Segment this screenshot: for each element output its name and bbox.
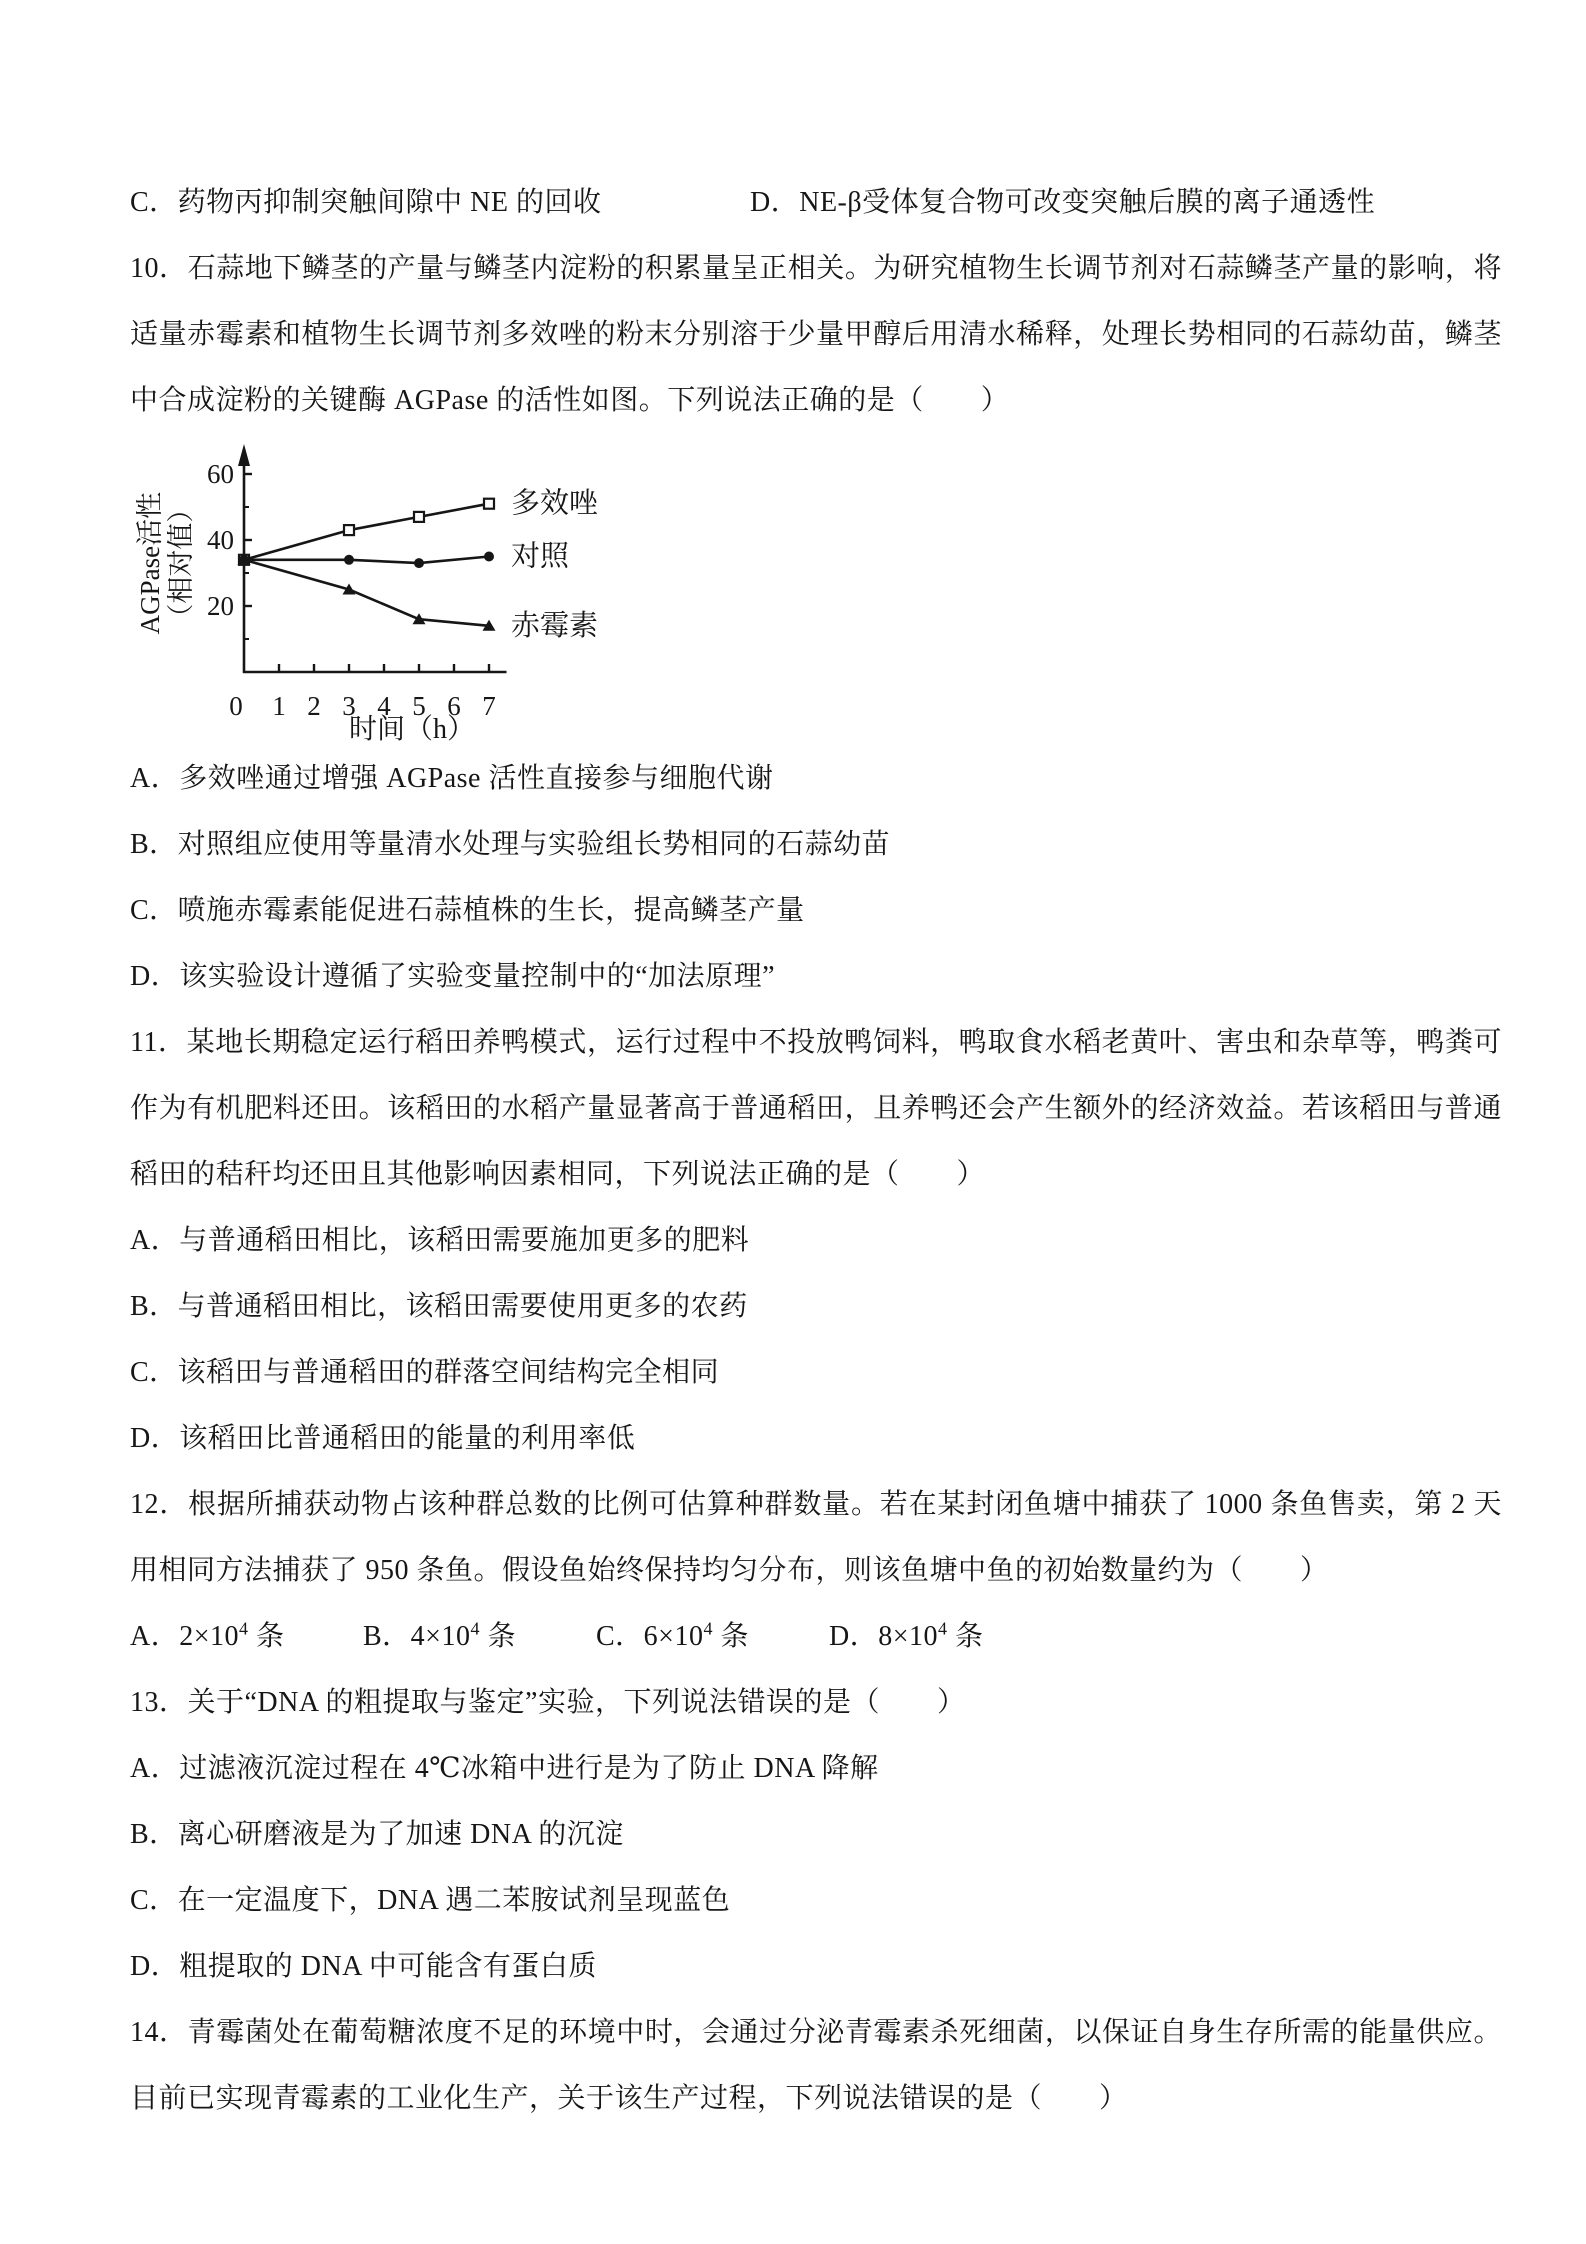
- chart-axes: 20406001234567时间（h）AGPase活性（相对值）: [135, 444, 507, 745]
- x-tick-label: 0: [229, 691, 243, 721]
- q11-option-a: A．与普通稻田相比，该稻田需要施加更多的肥料: [130, 1208, 1502, 1274]
- series-对照: 对照: [239, 540, 570, 573]
- q12-option-b: B．4×104 条: [363, 1604, 596, 1670]
- y-axis-title-line: （相对值）: [166, 496, 196, 631]
- q11-stem-line-3: 稻田的秸秆均还田且其他影响因素相同，下列说法正确的是（ ）: [130, 1142, 1502, 1208]
- legend-label-对照: 对照: [511, 540, 570, 573]
- filled-circle-marker-icon: [344, 555, 354, 565]
- q12-stem-line-1: 12．根据所捕获动物占该种群总数的比例可估算种群数量。若在某封闭鱼塘中捕获了 1…: [130, 1472, 1502, 1538]
- q10-option-d: D．该实验设计遵循了实验变量控制中的“加法原理”: [130, 944, 1502, 1010]
- q11-stem-line-2: 作为有机肥料还田。该稻田的水稻产量显著高于普通稻田，且养鸭还会产生额外的经济效益…: [130, 1076, 1502, 1142]
- q13-option-a: A．过滤液沉淀过程在 4℃冰箱中进行是为了防止 DNA 降解: [130, 1736, 1502, 1802]
- y-axis-title-line: AGPase活性: [135, 492, 165, 634]
- agpase-activity-chart: 20406001234567时间（h）AGPase活性（相对值）多效唑对照赤霉素: [130, 434, 630, 746]
- q11-stem-line-1: 11．某地长期稳定运行稻田养鸭模式，运行过程中不投放鸭饲料，鸭取食水稻老黄叶、害…: [130, 1010, 1502, 1076]
- filled-circle-marker-icon: [484, 552, 494, 562]
- q10-stem-line-3: 中合成淀粉的关键酶 AGPase 的活性如图。下列说法正确的是（ ）: [130, 368, 1502, 434]
- x-tick-label: 7: [482, 691, 496, 721]
- q10-option-c: C．喷施赤霉素能促进石蒜植株的生长，提高鳞茎产量: [130, 878, 1502, 944]
- legend-label-多效唑: 多效唑: [511, 487, 599, 520]
- q9-option-d: D．NE-β受体复合物可改变突触后膜的离子通透性: [750, 170, 1375, 236]
- x-tick-label: 2: [307, 691, 321, 721]
- q13-option-b: B．离心研磨液是为了加速 DNA 的沉淀: [130, 1802, 1502, 1868]
- q9-option-c: C．药物丙抑制突触间隙中 NE 的回收: [130, 170, 750, 236]
- y-tick-label: 60: [207, 459, 234, 489]
- x-axis-title: 时间（h）: [349, 713, 475, 745]
- q10-stem-line-2: 适量赤霉素和植物生长调节剂多效唑的粉末分别溶于少量甲醇后用清水稀释，处理长势相同…: [130, 302, 1502, 368]
- open-square-marker-icon: [414, 512, 424, 522]
- q12-option-d: D．8×104 条: [829, 1604, 984, 1670]
- legend-label-赤霉素: 赤霉素: [511, 609, 598, 642]
- q12-option-c: C．6×104 条: [596, 1604, 829, 1670]
- q11-option-d: D．该稻田比普通稻田的能量的利用率低: [130, 1406, 1502, 1472]
- q11-option-c: C．该稻田与普通稻田的群落空间结构完全相同: [130, 1340, 1502, 1406]
- open-square-marker-icon: [484, 499, 494, 509]
- y-axis-arrow-icon: [238, 444, 250, 466]
- q11-option-b: B．与普通稻田相比，该稻田需要使用更多的农药: [130, 1274, 1502, 1340]
- q13-stem-line-1: 13．关于“DNA 的粗提取与鉴定”实验，下列说法错误的是（ ）: [130, 1670, 1502, 1736]
- q14-stem-line-2: 目前已实现青霉素的工业化生产，关于该生产过程，下列说法错误的是（ ）: [130, 2066, 1502, 2132]
- open-square-marker-icon: [344, 525, 354, 535]
- q13-option-d: D．粗提取的 DNA 中可能含有蛋白质: [130, 1934, 1502, 2000]
- q10-option-b: B．对照组应使用等量清水处理与实验组长势相同的石蒜幼苗: [130, 812, 1502, 878]
- q10-option-a: A．多效唑通过增强 AGPase 活性直接参与细胞代谢: [130, 746, 1502, 812]
- filled-circle-marker-icon: [414, 558, 424, 568]
- q13-option-c: C．在一定温度下，DNA 遇二苯胺试剂呈现蓝色: [130, 1868, 1502, 1934]
- q9-options-row: C．药物丙抑制突触间隙中 NE 的回收 D．NE-β受体复合物可改变突触后膜的离…: [130, 170, 1502, 236]
- x-tick-label: 1: [272, 691, 286, 721]
- q12-options-row: A．2×104 条B．4×104 条C．6×104 条D．8×104 条: [130, 1604, 1502, 1670]
- q12-stem-line-2: 用相同方法捕获了 950 条鱼。假设鱼始终保持均匀分布，则该鱼塘中鱼的初始数量约…: [130, 1538, 1502, 1604]
- q10-stem-line-1: 10．石蒜地下鳞茎的产量与鳞茎内淀粉的积累量呈正相关。为研究植物生长调节剂对石蒜…: [130, 236, 1502, 302]
- y-tick-label: 40: [207, 525, 234, 555]
- agpase-chart-figure: 20406001234567时间（h）AGPase活性（相对值）多效唑对照赤霉素: [130, 434, 1502, 746]
- y-tick-label: 20: [207, 591, 234, 621]
- exam-page: C．药物丙抑制突触间隙中 NE 的回收 D．NE-β受体复合物可改变突触后膜的离…: [0, 0, 1586, 2132]
- q12-option-a: A．2×104 条: [130, 1604, 363, 1670]
- q14-stem-line-1: 14．青霉菌处在葡萄糖浓度不足的环境中时，会通过分泌青霉素杀死细菌，以保证自身生…: [130, 2000, 1502, 2066]
